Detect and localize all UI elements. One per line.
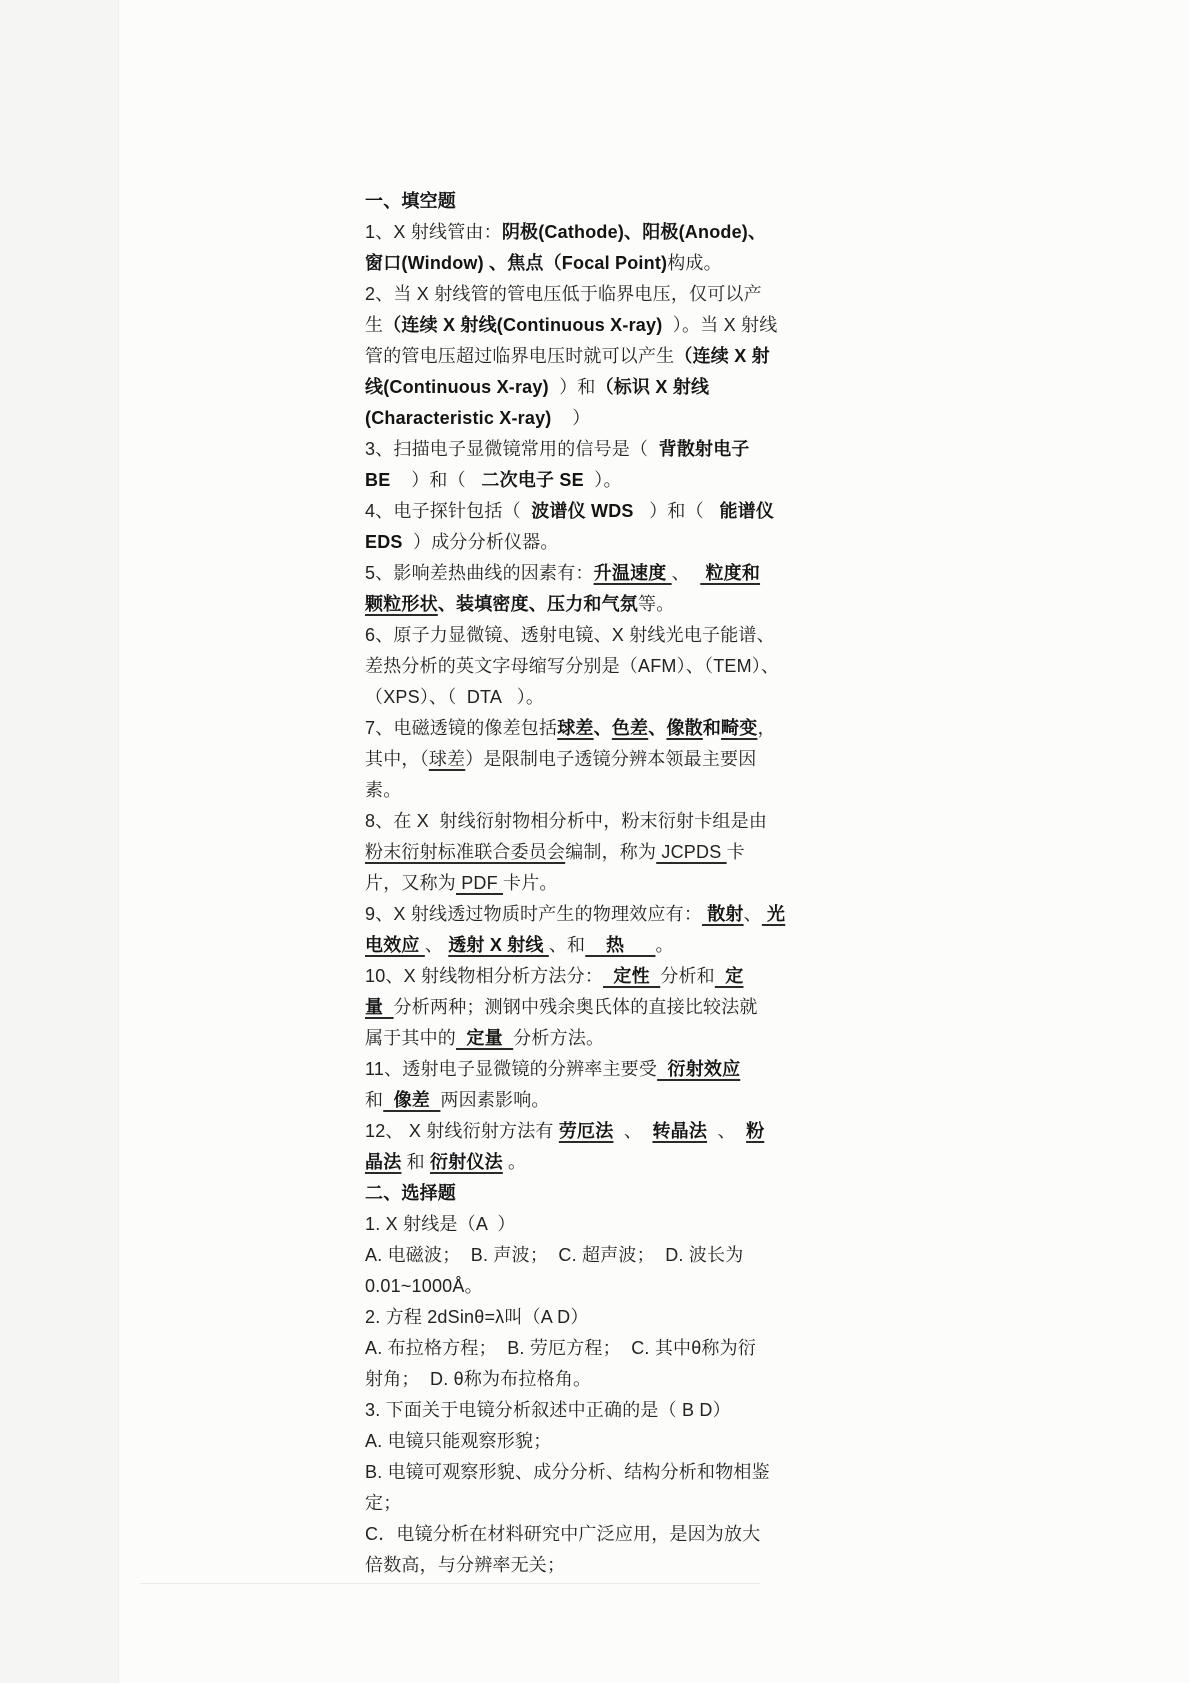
text-segment: 衍射仪法 — [430, 1152, 503, 1172]
text-segment: 散射 — [702, 904, 744, 924]
text-segment: 、 — [425, 935, 448, 955]
text-segment: ）。 — [584, 470, 622, 490]
text-segment: 球差 — [429, 749, 465, 769]
text-segment: 粒度和 — [700, 563, 760, 583]
text-line: 定； — [365, 1488, 805, 1519]
text-segment: （标识 X 射线 — [596, 377, 710, 397]
text-segment: 颗粒形状 — [365, 594, 438, 614]
text-line: 素。 — [365, 775, 805, 806]
text-segment: 生 — [365, 315, 383, 335]
text-segment: （连续 X 射 — [674, 346, 769, 366]
text-segment: A. 电镜只能观察形貌； — [365, 1431, 551, 1451]
text-segment: JCPDS — [656, 842, 726, 862]
text-line: 生（连续 X 射线(Continuous X-ray) ）。当 X 射线 — [365, 310, 805, 341]
text-segment: 7、电磁透镜的像差包括 — [365, 718, 557, 738]
text-segment: 透射 X 射线 — [448, 935, 549, 955]
page-bottom-edge — [140, 1583, 760, 1584]
text-segment: 球差 — [557, 718, 593, 738]
text-segment: 定量 — [456, 1028, 513, 1048]
text-segment: 、 — [648, 718, 666, 738]
text-segment: 色差 — [612, 718, 648, 738]
text-line: A. 电磁波； B. 声波； C. 超声波； D. 波长为 — [365, 1240, 805, 1271]
text-segment: 定性 — [603, 966, 660, 986]
text-segment: 像散 — [666, 718, 702, 738]
text-line: 量 分析两种；测钢中残余奥氏体的直接比较法就 — [365, 992, 805, 1023]
text-segment: 、 — [744, 904, 762, 924]
text-segment: PDF — [456, 873, 503, 893]
text-segment: 定 — [715, 966, 744, 986]
text-segment: 2、当 X 射线管的管电压低于临界电压，仅可以产 — [365, 284, 762, 304]
text-line: 颗粒形状、装填密度、压力和气氛等。 — [365, 589, 805, 620]
text-segment: 背散射电子 — [659, 439, 750, 459]
text-segment: 和 — [703, 718, 721, 738]
text-segment: 两因素影响。 — [440, 1090, 549, 1110]
text-segment: 粉末衍射标准联合委员会 — [365, 842, 565, 862]
text-segment: 热 — [585, 935, 655, 955]
text-segment: 8、在 X 射线衍射物相分析中，粉末衍射卡组是由 — [365, 811, 767, 831]
text-line: (Characteristic X-ray) ） — [365, 403, 805, 434]
text-segment: 编制，称为 — [565, 842, 656, 862]
text-line: 1、X 射线管由：阴极(Cathode)、阳极(Anode)、 — [365, 217, 805, 248]
text-segment: 转晶法 — [652, 1121, 707, 1141]
text-line: 0.01~1000Å。 — [365, 1271, 805, 1302]
text-segment: 分析两种；测钢中残余奥氏体的直接比较法就 — [394, 997, 758, 1017]
text-segment: 5、影响差热曲线的因素有： — [365, 563, 594, 583]
text-segment: 衍射效应 — [657, 1059, 740, 1079]
text-line: 7、电磁透镜的像差包括球差、色差、像散和畸变， — [365, 713, 805, 744]
text-segment: 11、透射电子显微镜的分辨率主要受 — [365, 1059, 657, 1079]
text-segment: 4、电子探针包括（ — [365, 501, 531, 521]
text-segment: （连续 X 射线(Continuous X-ray) — [383, 315, 662, 335]
text-segment: ）。当 X 射线 — [662, 315, 777, 335]
text-line: 4、电子探针包括（ 波谱仪 WDS ）和（ 能谱仪 — [365, 496, 805, 527]
text-line: 晶法 和 衍射仪法 。 — [365, 1147, 805, 1178]
text-line: 10、X 射线物相分析方法分： 定性 分析和 定 — [365, 961, 805, 992]
text-line: 11、透射电子显微镜的分辨率主要受 衍射效应 — [365, 1054, 805, 1085]
text-segment: 、和 — [549, 935, 585, 955]
text-segment: ）成分分析仪器。 — [403, 532, 559, 552]
text-segment: 波谱仪 WDS — [531, 501, 633, 521]
text-line: 6、原子力显微镜、透射电镜、X 射线光电子能谱、 — [365, 620, 805, 651]
text-segment: 量 — [365, 997, 394, 1017]
text-line: 和 像差 两因素影响。 — [365, 1085, 805, 1116]
text-segment: BE — [365, 470, 390, 490]
text-line: 电效应 、 透射 X 射线 、和 热 。 — [365, 930, 805, 961]
text-segment: 光 — [762, 904, 785, 924]
text-segment: B. 电镜可观察形貌、成分分析、结构分析和物相鉴 — [365, 1462, 770, 1482]
section-heading-1: 一、填空题 — [365, 186, 805, 217]
text-segment: 1、X 射线管由： — [365, 222, 502, 242]
text-segment: 射角； D. θ称为布拉格角。 — [365, 1369, 591, 1389]
text-segment: 分析和 — [660, 966, 715, 986]
text-line: 其中，（球差）是限制电子透镜分辨本领最主要因 — [365, 744, 805, 775]
text-segment: ） — [551, 408, 590, 428]
text-segment: 9、X 射线透过物质时产生的物理效应有： — [365, 904, 702, 924]
text-line: C．电镜分析在材料研究中广泛应用，是因为放大 — [365, 1519, 805, 1550]
text-segment: 电效应 — [365, 935, 425, 955]
text-line: B. 电镜可观察形貌、成分分析、结构分析和物相鉴 — [365, 1457, 805, 1488]
text-segment: 粉 — [746, 1121, 764, 1141]
text-segment: 卡 — [727, 842, 745, 862]
text-segment: 0.01~1000Å。 — [365, 1276, 483, 1296]
text-segment: 阴极(Cathode)、阳极(Anode)、 — [502, 222, 766, 242]
text-line: EDS ）成分分析仪器。 — [365, 527, 805, 558]
text-segment: 。 — [503, 1152, 526, 1172]
text-segment: 倍数高，与分辨率无关； — [365, 1555, 565, 1575]
text-segment: ）和（ — [390, 470, 481, 490]
text-segment: (Characteristic X-ray) — [365, 408, 551, 428]
text-line: 2、当 X 射线管的管电压低于临界电压，仅可以产 — [365, 279, 805, 310]
text-line: 8、在 X 射线衍射物相分析中，粉末衍射卡组是由 — [365, 806, 805, 837]
text-segment: 二、选择题 — [365, 1183, 456, 1203]
text-segment: 素。 — [365, 780, 401, 800]
text-segment: 片，又称为 — [365, 873, 456, 893]
text-segment: 能谱仪 — [719, 501, 774, 521]
text-segment: 2. 方程 2dSinθ=λ叫（A D） — [365, 1307, 589, 1327]
text-line: 5、影响差热曲线的因素有：升温速度 、 粒度和 — [365, 558, 805, 589]
text-segment: 畸变 — [721, 718, 757, 738]
text-segment: 管的管电压超过临界电压时就可以产生 — [365, 346, 674, 366]
text-segment: 线(Continuous X-ray) — [365, 377, 549, 397]
text-segment: 像差 — [383, 1090, 440, 1110]
text-segment: 晶法 — [365, 1152, 401, 1172]
text-segment: 12、 X 射线衍射方法有 — [365, 1121, 559, 1141]
text-line: 属于其中的 定量 分析方法。 — [365, 1023, 805, 1054]
text-segment: 和 — [365, 1090, 383, 1110]
text-line: A. 电镜只能观察形貌； — [365, 1426, 805, 1457]
text-line: 倍数高，与分辨率无关； — [365, 1550, 805, 1581]
text-line: 线(Continuous X-ray) ）和（标识 X 射线 — [365, 372, 805, 403]
text-line: 管的管电压超过临界电压时就可以产生（连续 X 射 — [365, 341, 805, 372]
text-segment: 、 — [672, 563, 701, 583]
text-segment: 定； — [365, 1493, 401, 1513]
text-segment: 1. X 射线是（A ） — [365, 1214, 516, 1234]
text-line: 1. X 射线是（A ） — [365, 1209, 805, 1240]
text-segment: 差热分析的英文字母缩写分别是（AFM）、（TEM）、 — [365, 656, 779, 676]
text-segment: A. 电磁波； B. 声波； C. 超声波； D. 波长为 — [365, 1245, 743, 1265]
text-segment: ）和 — [549, 377, 596, 397]
text-segment: 卡片。 — [503, 873, 558, 893]
text-segment: 升温速度 — [594, 563, 672, 583]
document-lines: 一、填空题1、X 射线管由：阴极(Cathode)、阳极(Anode)、窗口(W… — [365, 186, 805, 1581]
text-segment: ）和（ — [634, 501, 720, 521]
text-segment: 属于其中的 — [365, 1028, 456, 1048]
text-segment: 3. 下面关于电镜分析叙述中正确的是（ B D） — [365, 1400, 731, 1420]
text-line: A. 布拉格方程； B. 劳厄方程； C. 其中θ称为衍 — [365, 1333, 805, 1364]
text-segment: 6、原子力显微镜、透射电镜、X 射线光电子能谱、 — [365, 625, 775, 645]
text-segment: 分析方法。 — [513, 1028, 604, 1048]
text-line: （XPS）、（ DTA ）。 — [365, 682, 805, 713]
text-segment: 一、填空题 — [365, 191, 456, 211]
text-segment: 等。 — [638, 594, 674, 614]
text-line: 2. 方程 2dSinθ=λ叫（A D） — [365, 1302, 805, 1333]
text-line: 片，又称为 PDF 卡片。 — [365, 868, 805, 899]
text-segment: ）是限制电子透镜分辨本领最主要因 — [465, 749, 756, 769]
text-line: 9、X 射线透过物质时产生的物理效应有： 散射、 光 — [365, 899, 805, 930]
section-heading-2: 二、选择题 — [365, 1178, 805, 1209]
text-segment: 、 — [594, 718, 612, 738]
text-segment: 。 — [655, 935, 673, 955]
text-line: 窗口(Window) 、焦点（Focal Point)构成。 — [365, 248, 805, 279]
text-line: 3. 下面关于电镜分析叙述中正确的是（ B D） — [365, 1395, 805, 1426]
text-segment: A. 布拉格方程； B. 劳厄方程； C. 其中θ称为衍 — [365, 1338, 756, 1358]
text-segment: 10、X 射线物相分析方法分： — [365, 966, 603, 986]
text-line: 12、 X 射线衍射方法有 劳厄法 、 转晶法 、 粉 — [365, 1116, 805, 1147]
text-segment: 3、扫描电子显微镜常用的信号是（ — [365, 439, 659, 459]
text-segment: C．电镜分析在材料研究中广泛应用，是因为放大 — [365, 1524, 760, 1544]
text-segment: EDS — [365, 532, 403, 552]
text-segment: 、 — [707, 1121, 746, 1141]
text-segment: 劳厄法 — [559, 1121, 614, 1141]
text-line: 粉末衍射标准联合委员会编制，称为 JCPDS 卡 — [365, 837, 805, 868]
text-segment: 二次电子 SE — [481, 470, 583, 490]
text-line: 3、扫描电子显微镜常用的信号是（ 背散射电子 — [365, 434, 805, 465]
text-segment: 、 — [613, 1121, 652, 1141]
text-line: 差热分析的英文字母缩写分别是（AFM）、（TEM）、 — [365, 651, 805, 682]
text-segment: 、装填密度、压力和气氛 — [438, 594, 638, 614]
text-segment: 构成。 — [667, 253, 722, 273]
text-line: 射角； D. θ称为布拉格角。 — [365, 1364, 805, 1395]
text-segment: ， — [757, 718, 775, 738]
text-segment: 和 — [401, 1152, 430, 1172]
text-segment: 窗口(Window) 、焦点（Focal Point) — [365, 253, 667, 273]
text-segment: 其中，（ — [365, 749, 429, 769]
text-line: BE ）和（ 二次电子 SE ）。 — [365, 465, 805, 496]
text-segment: （XPS）、（ DTA ）。 — [365, 687, 544, 707]
